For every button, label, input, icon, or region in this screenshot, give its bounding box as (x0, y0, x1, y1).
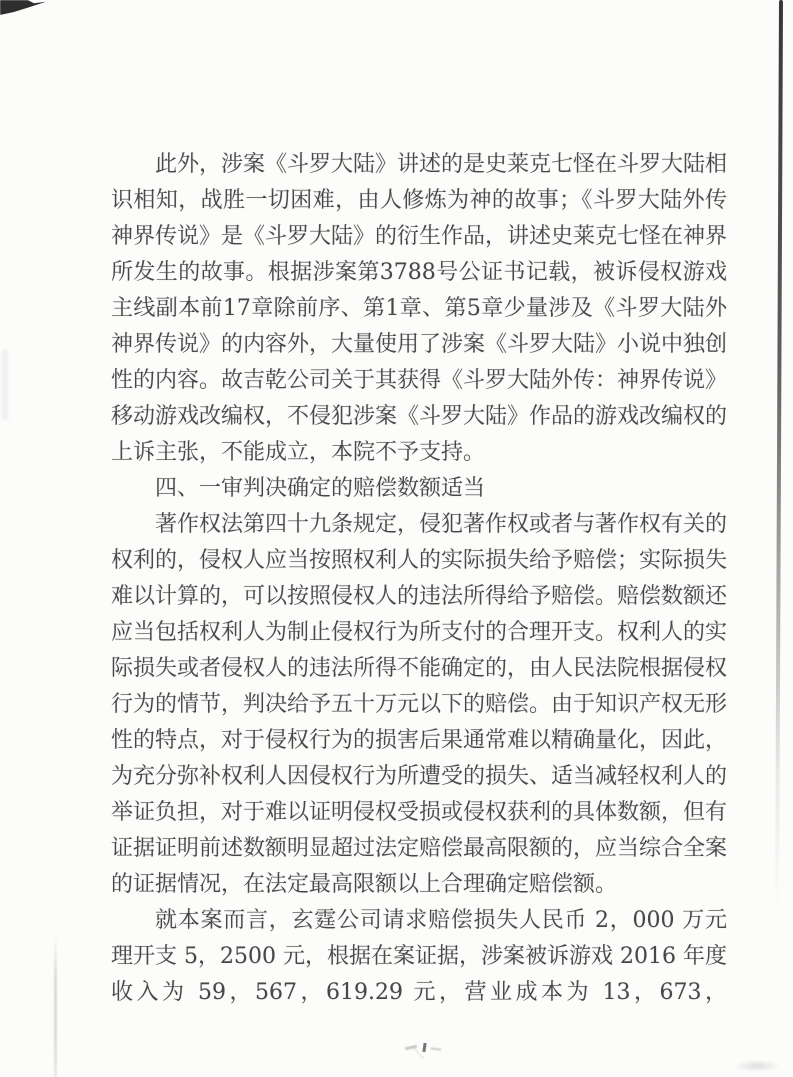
text-line: 性的内容。故吉乾公司关于其获得《斗罗大陆外传：神界传说》 (111, 363, 727, 399)
text-line: 识相知，战胜一切困难，由人修炼为神的故事；《斗罗大陆外传 (111, 183, 727, 219)
text-line: 的证据情况，在法定最高限额以上合理确定赔偿额。 (111, 867, 727, 903)
text-line: 就本案而言，玄霆公司请求赔偿损失人民币 2，000 万元及合 (111, 903, 727, 939)
scan-artifact-left-faint-mark (2, 350, 8, 420)
text-line: 应当包括权利人为制止侵权行为所支付的合理开支。权利人的实 (111, 615, 727, 651)
text-line: 行为的情节，判决给予五十万元以下的赔偿。由于知识产权无形 (111, 687, 727, 723)
text-line: 上诉主张，不能成立，本院不予支持。 (111, 435, 727, 471)
scan-artifact-bottom-right-smudge (733, 1060, 781, 1072)
scan-artifact-right-edge-line (775, 0, 783, 910)
scan-artifact-top-left-corner (0, 0, 46, 15)
text-line: 证据证明前述数额明显超过法定赔偿最高限额的，应当综合全案 (111, 831, 727, 867)
text-line: 收入为 59，567，619.29 元，营业成本为 13，673，414.02 … (111, 975, 727, 1011)
text-line: 主线副本前17章除前序、第1章、第5章少量涉及《斗罗大陆外传 (111, 291, 727, 327)
text-line: 神界传说》是《斗罗大陆》的衍生作品，讲述史莱克七怪在神界 (111, 219, 727, 255)
text-line: 难以计算的，可以按照侵权人的违法所得给予赔偿。赔偿数额还 (111, 579, 727, 615)
text-line: 际损失或者侵权人的违法所得不能确定的，由人民法院根据侵权 (111, 651, 727, 687)
scan-artifact-bottom-smudge (431, 1047, 441, 1050)
text-line: 为充分弥补权利人因侵权行为所遭受的损失、适当减轻权利人的 (111, 759, 727, 795)
text-line: 著作权法第四十九条规定，侵犯著作权或者与著作权有关的 (111, 507, 727, 543)
scanned-page: 此外，涉案《斗罗大陆》讲述的是史莱克七怪在斗罗大陆相 识相知，战胜一切困难，由人… (0, 0, 793, 1077)
scan-artifact-left-streak (54, 935, 57, 1077)
text-line: 所发生的故事。根据涉案第3788号公证书记载，被诉侵权游戏的 (111, 255, 727, 291)
text-line: 理开支 5，2500 元，根据在案证据，涉案被诉游戏 2016 年度营业 (111, 939, 727, 975)
text-line: 权利的，侵权人应当按照权利人的实际损失给予赔偿；实际损失 (111, 543, 727, 579)
section-heading: 四、一审判决确定的赔偿数额适当 (111, 471, 727, 507)
text-line: 神界传说》的内容外，大量使用了涉案《斗罗大陆》小说中独创 (111, 327, 727, 363)
text-line: 此外，涉案《斗罗大陆》讲述的是史莱克七怪在斗罗大陆相 (111, 147, 727, 183)
text-line: 举证负担，对于难以证明侵权受损或侵权获利的具体数额，但有 (111, 795, 727, 831)
judgment-text-block: 此外，涉案《斗罗大陆》讲述的是史莱克七怪在斗罗大陆相 识相知，战胜一切困难，由人… (111, 147, 727, 1011)
scan-artifact-bottom-smudge (405, 1045, 417, 1050)
text-line: 性的特点，对于侵权行为的损害后果通常难以精确量化，因此， (111, 723, 727, 759)
scan-artifact-bottom-smudge (422, 1043, 426, 1052)
scan-artifact-bottom-smudge (412, 1046, 423, 1059)
text-line: 移动游戏改编权，不侵犯涉案《斗罗大陆》作品的游戏改编权的 (111, 399, 727, 435)
